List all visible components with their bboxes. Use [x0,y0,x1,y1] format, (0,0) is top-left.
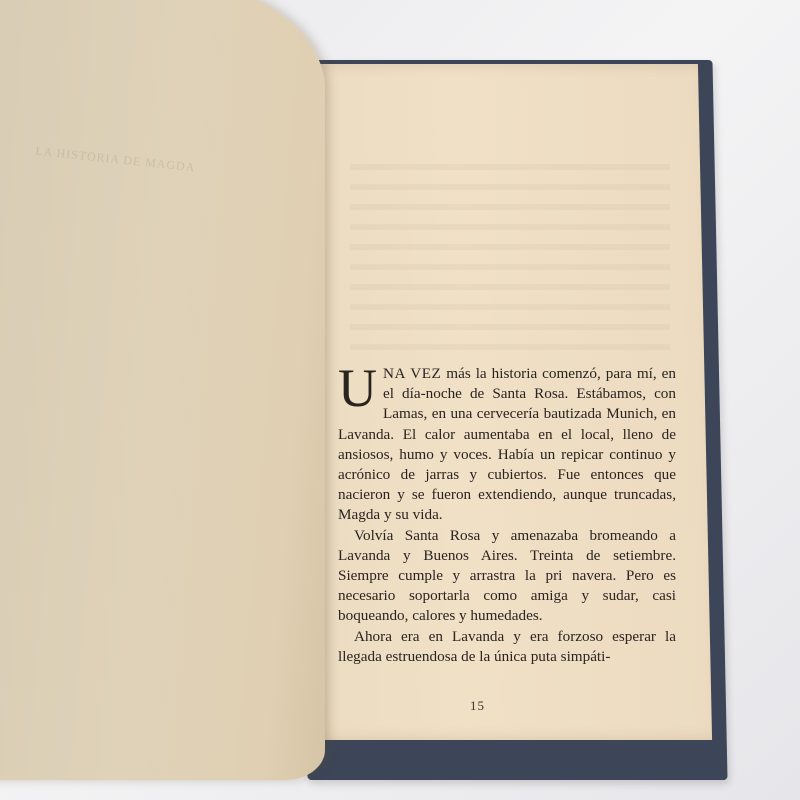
page-body-text: UNA VEZ más la historia comenzó, para mí… [338,364,676,667]
paragraph-3: Ahora era en Lavanda y era forzoso esper… [338,627,676,667]
paragraph-2: Volvía Santa Rosa y amenazaba bromeando … [338,526,676,627]
page-number: 15 [470,698,485,714]
drop-cap: U [338,366,377,410]
opening-smallcaps: NA VEZ [383,365,441,382]
paragraph-1: UNA VEZ más la historia comenzó, para mí… [338,364,676,526]
left-page-ghost-heading: LA HISTORIA DE MAGDA [35,144,196,176]
left-page: LA HISTORIA DE MAGDA [0,0,325,780]
show-through-text [350,150,670,360]
paragraph-1-text: más la historia comenzó, para mí, en el … [338,365,676,523]
photo-scene: LA HISTORIA DE MAGDA UNA VEZ más la hist… [0,0,800,800]
